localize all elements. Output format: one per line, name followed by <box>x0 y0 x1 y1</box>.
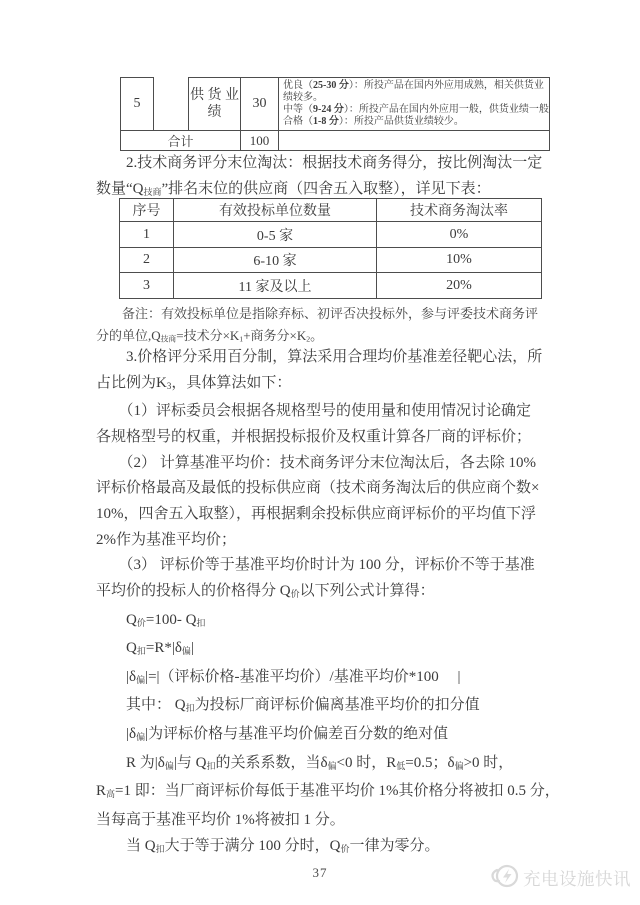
body-line: 平均价的投标人的价格得分 Q价以下列公式计算得： <box>96 579 566 608</box>
item-line: 绩 <box>189 104 240 121</box>
cell-total-empty <box>279 131 550 151</box>
body-line: R高=1 即：当厂商评标价每低于基准平均价 1%其价格分将被扣 0.5 分， <box>96 779 566 808</box>
cell-no: 2 <box>120 248 174 273</box>
criteria-line: 中等（9-24 分）：所投产品在国内外应用一般，供货业绩一般。 <box>283 104 545 116</box>
formula-line: |δ偏|=|（评标价格-基准平均价）/基准平均价*100 | <box>96 665 566 694</box>
body-line: 2%作为基准平均价； <box>96 528 566 554</box>
charging-logo-icon <box>488 861 520 896</box>
body-line: （2） 计算基准平均价：技术商务评分末位淘汰后，各去除 10% <box>96 451 566 477</box>
cell-no: 3 <box>120 273 174 299</box>
cell-weight: 30 <box>241 78 279 131</box>
table-row: 3 11 家及以上 20% <box>120 273 542 299</box>
cell-seq: 5 <box>121 78 154 131</box>
note-paragraph: 备注：有效投标单位是指除弃标、初评否决投标外，参与评委技术商务评 分的单位,Q技… <box>96 303 556 351</box>
cell-total-label: 合计 <box>121 131 241 151</box>
body-line: R 为|δ偏|与 Q扣的关系系数，当δ偏<0 时，R低=0.5；δ偏>0 时， <box>96 751 566 780</box>
text-line: 2.技术商务评分末位淘汰：根据技术商务得分，按比例淘汰一定 <box>96 151 556 177</box>
header-seq: 序号 <box>120 199 174 222</box>
cell-qty: 11 家及以上 <box>174 273 377 299</box>
brand-name: 充电设施快讯 <box>523 866 631 891</box>
body-line: 当每高于基准平均价 1%将被扣 1 分。 <box>96 808 566 834</box>
cell-rate: 10% <box>377 248 542 273</box>
body-line: 各规格型号的权重，并根据投标报价及权重计算各厂商的评标价； <box>96 425 566 451</box>
cell-rate: 0% <box>377 222 542 248</box>
item-line: 供 货 业 <box>189 87 240 104</box>
formula-line: Q价=100- Q扣 <box>96 608 566 637</box>
cell-criteria: 优良（25-30 分）：所投产品在国内外应用成熟，相关供货业 绩较多。 中等（9… <box>279 78 550 131</box>
cell-category-merged <box>154 78 189 131</box>
criteria-line: 优良（25-30 分）：所投产品在国内外应用成熟，相关供货业 <box>283 80 545 92</box>
cell-qty: 6-10 家 <box>174 248 377 273</box>
body-line: 当 Q扣大于等于满分 100 分时，Q价一律为零分。 <box>96 834 566 863</box>
body-line: 评标价格最高及最低的投标供应商（技术商务淘汰后的供应商个数× <box>96 476 566 502</box>
header-qty: 有效投标单位数量 <box>174 199 377 222</box>
table-row: 2 6-10 家 10% <box>120 248 542 273</box>
watermark: 充电设施快讯 <box>488 861 631 896</box>
criteria-line: 绩较多。 <box>283 92 545 104</box>
table-row: 1 0-5 家 0% <box>120 222 542 248</box>
table-header-row: 序号 有效投标单位数量 技术商务淘汰率 <box>120 199 542 222</box>
body-line: （3） 评标价等于基准平均价时计为 100 分，评标价不等于基准 <box>96 553 566 579</box>
header-rate: 技术商务淘汰率 <box>377 199 542 222</box>
body-line: 占比例为K3，具体算法如下： <box>96 371 566 400</box>
elimination-ratio-table: 序号 有效投标单位数量 技术商务淘汰率 1 0-5 家 0% 2 6-10 家 … <box>119 198 542 299</box>
criteria-line: 合格（1-8 分）：所投产品供货业绩较少。 <box>283 116 545 128</box>
note-line: 备注：有效投标单位是指除弃标、初评否决投标外，参与评委技术商务评 <box>96 303 556 325</box>
price-scoring-paragraphs: 3.价格评分采用百分制，算法采用合理均价基准差径靶心法，所 占比例为K3，具体算… <box>96 345 566 862</box>
body-line: |δ偏|为评标价格与基准平均价偏差百分数的绝对值 <box>96 722 566 751</box>
document-page: 5 供 货 业 绩 30 优良（25-30 分）：所投产品在国内外应用成熟，相关… <box>0 0 640 905</box>
cell-item: 供 货 业 绩 <box>189 78 241 131</box>
score-summary-table: 5 供 货 业 绩 30 优良（25-30 分）：所投产品在国内外应用成熟，相关… <box>120 77 550 151</box>
body-line: （1）评标委员会根据各规格型号的使用量和使用情况讨论确定 <box>96 399 566 425</box>
cell-rate: 20% <box>377 273 542 299</box>
score-table-total-row: 合计 100 <box>121 131 550 151</box>
formula-line: Q扣=R*|δ偏| <box>96 636 566 665</box>
cell-qty: 0-5 家 <box>174 222 377 248</box>
body-line: 3.价格评分采用百分制，算法采用合理均价基准差径靶心法，所 <box>96 345 566 371</box>
body-line: 10%，四舍五入取整），再根据剩余投标供应商评标价的平均值下浮 <box>96 502 566 528</box>
cell-no: 1 <box>120 222 174 248</box>
score-table-row: 5 供 货 业 绩 30 优良（25-30 分）：所投产品在国内外应用成熟，相关… <box>121 78 550 131</box>
body-line: 其中： Q扣为投标厂商评标价偏离基准平均价的扣分值 <box>96 693 566 722</box>
cell-total-value: 100 <box>241 131 279 151</box>
